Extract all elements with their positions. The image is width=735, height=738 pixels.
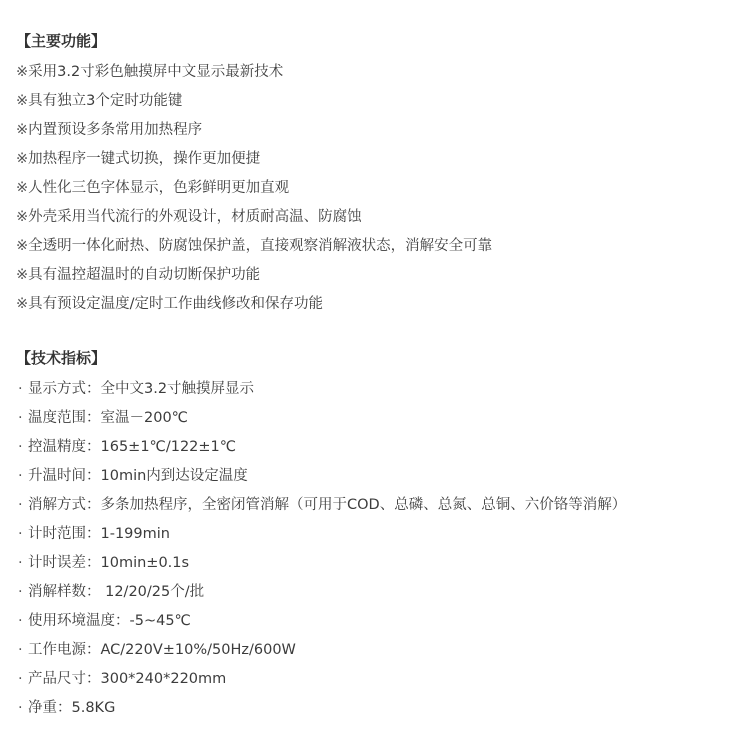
feature-text: 外壳采用当代流行的外观设计，材质耐高温、防腐蚀 [28, 209, 362, 225]
feature-text: 内置预设多条常用加热程序 [28, 122, 202, 138]
feature-text: 具有温控超温时的自动切断保护功能 [28, 267, 260, 283]
feature-item: ※具有独立3个定时功能键 [16, 87, 492, 116]
reference-mark-icon: ※ [16, 87, 28, 116]
feature-item: ※具有预设定温度/定时工作曲线修改和保存功能 [16, 290, 492, 319]
spec-item: ·显示方式：全中文3.2寸触摸屏显示 [16, 375, 626, 404]
feature-text: 人性化三色字体显示，色彩鲜明更加直观 [28, 180, 289, 196]
reference-mark-icon: ※ [16, 203, 28, 232]
spec-item: ·计时范围：1-199min [16, 520, 626, 549]
spec-item: ·产品尺寸：300*240*220mm [16, 665, 626, 694]
reference-mark-icon: ※ [16, 58, 28, 87]
main-features-heading: 【主要功能】 [16, 29, 492, 58]
spec-text: 计时范围：1-199min [28, 526, 170, 542]
feature-text: 采用3.2寸彩色触摸屏中文显示最新技术 [28, 64, 283, 80]
dot-bullet-icon: · [16, 462, 28, 491]
spec-item: ·温度范围：室温－200℃ [16, 404, 626, 433]
dot-bullet-icon: · [16, 694, 28, 723]
dot-bullet-icon: · [16, 607, 28, 636]
tech-specs-heading: 【技术指标】 [16, 346, 626, 375]
spec-item: ·计时误差：10min±0.1s [16, 549, 626, 578]
spec-text: 控温精度：165±1℃/122±1℃ [28, 439, 236, 455]
feature-text: 具有独立3个定时功能键 [28, 93, 182, 109]
feature-item: ※内置预设多条常用加热程序 [16, 116, 492, 145]
reference-mark-icon: ※ [16, 232, 28, 261]
spec-text: 工作电源：AC/220V±10%/50Hz/600W [28, 642, 296, 658]
feature-item: ※具有温控超温时的自动切断保护功能 [16, 261, 492, 290]
dot-bullet-icon: · [16, 520, 28, 549]
dot-bullet-icon: · [16, 665, 28, 694]
spec-item: ·使用环境温度：-5~45℃ [16, 607, 626, 636]
spec-item: ·控温精度：165±1℃/122±1℃ [16, 433, 626, 462]
main-features-list: ※采用3.2寸彩色触摸屏中文显示最新技术 ※具有独立3个定时功能键 ※内置预设多… [16, 58, 492, 319]
spec-text: 使用环境温度：-5~45℃ [28, 613, 191, 629]
spec-item: ·净重：5.8KG [16, 694, 626, 723]
feature-item: ※人性化三色字体显示，色彩鲜明更加直观 [16, 174, 492, 203]
feature-text: 具有预设定温度/定时工作曲线修改和保存功能 [28, 296, 323, 312]
reference-mark-icon: ※ [16, 145, 28, 174]
dot-bullet-icon: · [16, 636, 28, 665]
spec-text: 温度范围：室温－200℃ [28, 410, 188, 426]
feature-item: ※外壳采用当代流行的外观设计，材质耐高温、防腐蚀 [16, 203, 492, 232]
reference-mark-icon: ※ [16, 261, 28, 290]
spec-text: 计时误差：10min±0.1s [28, 555, 189, 571]
dot-bullet-icon: · [16, 404, 28, 433]
reference-mark-icon: ※ [16, 116, 28, 145]
dot-bullet-icon: · [16, 549, 28, 578]
spec-item: ·升温时间：10min内到达设定温度 [16, 462, 626, 491]
feature-item: ※加热程序一键式切换，操作更加便捷 [16, 145, 492, 174]
main-features-section: 【主要功能】 ※采用3.2寸彩色触摸屏中文显示最新技术 ※具有独立3个定时功能键… [16, 29, 492, 319]
spec-item: ·消解方式：多条加热程序，全密闭管消解（可用于COD、总磷、总氮、总铜、六价铬等… [16, 491, 626, 520]
dot-bullet-icon: · [16, 433, 28, 462]
spec-text: 消解样数： 12/20/25个/批 [28, 584, 204, 600]
dot-bullet-icon: · [16, 578, 28, 607]
dot-bullet-icon: · [16, 375, 28, 404]
tech-specs-section: 【技术指标】 ·显示方式：全中文3.2寸触摸屏显示 ·温度范围：室温－200℃ … [16, 346, 626, 723]
feature-text: 全透明一体化耐热、防腐蚀保护盖，直接观察消解液状态，消解安全可靠 [28, 238, 492, 254]
reference-mark-icon: ※ [16, 290, 28, 319]
spec-text: 消解方式：多条加热程序，全密闭管消解（可用于COD、总磷、总氮、总铜、六价铬等消… [28, 497, 626, 513]
reference-mark-icon: ※ [16, 174, 28, 203]
spec-item: ·工作电源：AC/220V±10%/50Hz/600W [16, 636, 626, 665]
spec-item: ·消解样数： 12/20/25个/批 [16, 578, 626, 607]
spec-text: 净重：5.8KG [28, 700, 115, 716]
spec-text: 显示方式：全中文3.2寸触摸屏显示 [28, 381, 254, 397]
dot-bullet-icon: · [16, 491, 28, 520]
tech-specs-list: ·显示方式：全中文3.2寸触摸屏显示 ·温度范围：室温－200℃ ·控温精度：1… [16, 375, 626, 723]
feature-text: 加热程序一键式切换，操作更加便捷 [28, 151, 260, 167]
feature-item: ※全透明一体化耐热、防腐蚀保护盖，直接观察消解液状态，消解安全可靠 [16, 232, 492, 261]
spec-text: 升温时间：10min内到达设定温度 [28, 468, 248, 484]
spec-text: 产品尺寸：300*240*220mm [28, 671, 226, 687]
feature-item: ※采用3.2寸彩色触摸屏中文显示最新技术 [16, 58, 492, 87]
product-description-page: 【主要功能】 ※采用3.2寸彩色触摸屏中文显示最新技术 ※具有独立3个定时功能键… [0, 0, 735, 738]
